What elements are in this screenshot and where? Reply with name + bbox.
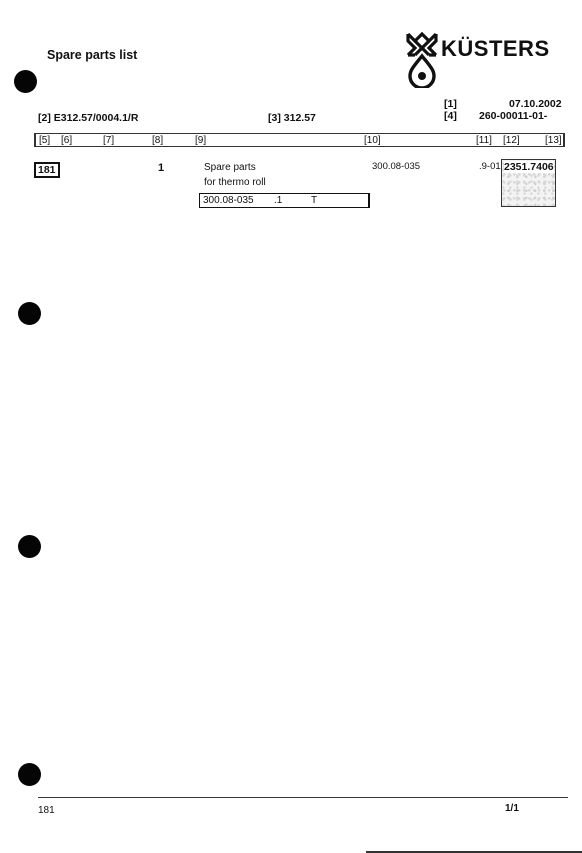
brand-logo: KÜSTERS [402, 30, 582, 90]
footer-item-ref: 181 [38, 805, 55, 816]
column-header: [7] [103, 134, 114, 147]
column-header: [13] [545, 134, 562, 147]
field-2: [2] E312.57/0004.1/R [38, 112, 138, 124]
column-header: [6] [61, 134, 72, 147]
column-header: [12] [503, 134, 520, 147]
field-1-value: 07.10.2002 [509, 98, 562, 110]
quantity: 1 [158, 162, 164, 174]
revision: .9-01 [479, 161, 501, 172]
reference-number: 300.08-035 [203, 194, 254, 207]
column-header: [8] [152, 134, 163, 147]
kusters-knot-logo-icon [402, 30, 440, 88]
page-title: Spare parts list [47, 48, 137, 62]
price-code: 2351.7406 [504, 161, 554, 173]
field-4-value: 260-00011-01- [479, 110, 547, 122]
field-3-value: 312.57 [284, 112, 316, 124]
reference-position: .1 [274, 194, 282, 207]
column-header: [11] [476, 134, 492, 147]
page-number: 1/1 [505, 803, 519, 814]
column-header: [10] [364, 134, 381, 147]
price-code-box: 2351.7406 [501, 159, 556, 207]
column-header: [9] [195, 134, 206, 147]
part-number: 300.08-035 [372, 161, 420, 172]
punch-hole [18, 302, 41, 325]
punch-hole [18, 763, 41, 786]
field-3: [3] 312.57 [268, 112, 316, 124]
punch-hole [14, 70, 37, 93]
description-line: for thermo roll [204, 177, 266, 188]
column-header-bar: [5] [6] [7] [8] [9] [10] [11] [12] [13] [34, 133, 565, 147]
field-2-label: [2] [38, 112, 51, 124]
field-3-label: [3] [268, 112, 281, 124]
brand-name: KÜSTERS [441, 36, 550, 62]
description-line: Spare parts [204, 162, 256, 173]
reference-type: T [311, 194, 317, 207]
reference-box: 300.08-035 .1 T [199, 193, 370, 208]
field-4-label: [4] [444, 110, 457, 122]
field-2-value: E312.57/0004.1/R [54, 112, 139, 124]
column-header: [5] [39, 134, 50, 147]
item-number: 181 [34, 162, 60, 178]
punch-hole [18, 535, 41, 558]
footer-divider [38, 797, 568, 798]
field-1-label: [1] [444, 98, 457, 110]
